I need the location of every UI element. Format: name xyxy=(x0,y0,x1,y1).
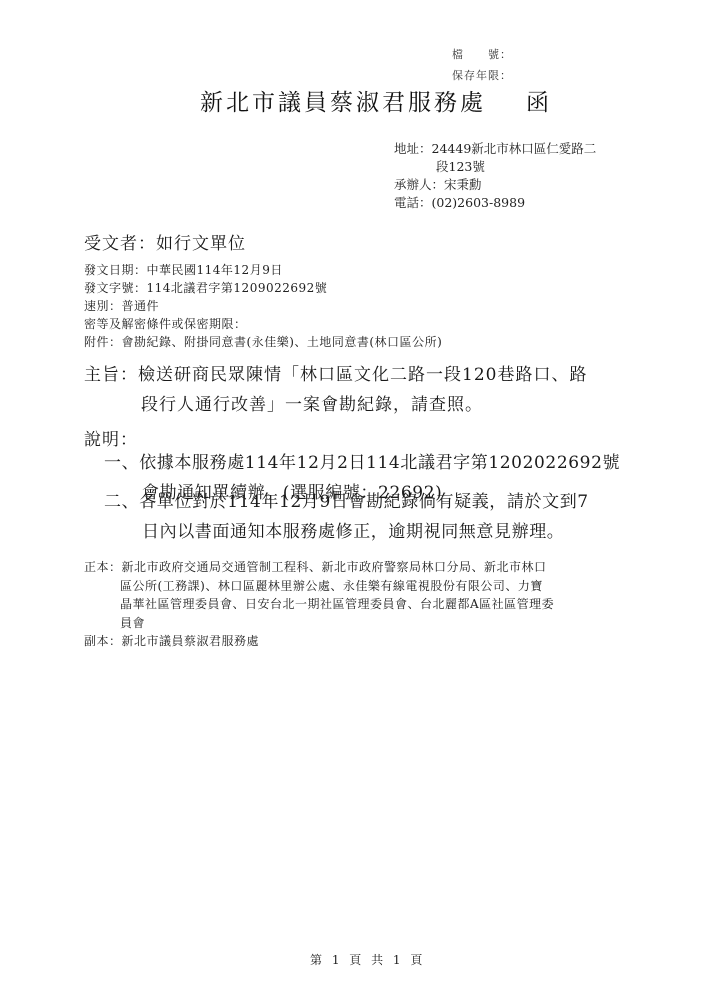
handler-row: 承辦人：宋秉勳 xyxy=(394,176,596,194)
phone-value: (02)2603-8989 xyxy=(432,195,526,210)
phone-row: 電話：(02)2603-8989 xyxy=(394,194,596,212)
explanation-label: 說明： xyxy=(84,425,138,450)
handler-label: 承辦人： xyxy=(394,177,444,192)
explanation-item-2: 二、 各單位對於114年12月9日會勘紀錄倘有疑義，請於文到7 日內以書面通知本… xyxy=(104,487,589,547)
secrecy-label: 密等及解密條件或保密期限： xyxy=(84,317,247,331)
speed-value: 普通件 xyxy=(122,299,160,313)
document-title: 新北市議員蔡淑君服務處函 xyxy=(200,84,552,117)
recipient: 受文者：如行文單位 xyxy=(84,229,246,254)
reference-label: 發文字號： xyxy=(84,281,147,295)
issue-date-label: 發文日期： xyxy=(84,263,147,277)
secrecy-row: 密等及解密條件或保密期限： xyxy=(84,315,442,333)
item-line-1: 依據本服務處114年12月2日114北議君字第1202022692號 xyxy=(139,448,620,478)
copy-recipients: 副本：新北市議員蔡淑君服務處 xyxy=(84,632,259,651)
recipient-value: 如行文單位 xyxy=(156,234,246,254)
attachment-row: 附件：會勘紀錄、附掛同意書(永佳樂)、土地同意書(林口區公所) xyxy=(84,333,442,351)
subject-line-2: 段行人通行改善」一案會勘紀錄，請查照。 xyxy=(84,390,587,420)
subject-line-1: 檢送研商民眾陳情「林口區文化二路一段120巷路口、路 xyxy=(138,360,587,390)
attachment-label: 附件： xyxy=(84,335,122,349)
file-number-label: 檔 號： xyxy=(452,46,512,62)
item-line-2: 日內以書面通知本服務處修正，逾期視同無意見辦理。 xyxy=(104,517,589,547)
item-number: 二、 xyxy=(104,487,139,517)
subject: 主旨： 檢送研商民眾陳情「林口區文化二路一段120巷路口、路 段行人通行改善」一… xyxy=(84,360,587,420)
contact-block: 地址：24449新北市林口區仁愛路二 段123號 承辦人：宋秉勳 電話：(02)… xyxy=(394,140,596,212)
original-line: 員會 xyxy=(84,614,554,633)
original-line: 區公所(工務課)、林口區麗林里辦公處、永佳樂有線電視股份有限公司、力寶 xyxy=(84,577,554,596)
speed-label: 速別： xyxy=(84,299,122,313)
copy-label: 副本： xyxy=(84,634,122,648)
office-name: 新北市議員蔡淑君服務處 xyxy=(200,90,486,116)
address-label: 地址： xyxy=(394,141,432,156)
original-label: 正本： xyxy=(84,558,122,577)
address-row-2: 段123號 xyxy=(394,158,596,176)
doc-type: 函 xyxy=(526,90,552,116)
item-line-1: 各單位對於114年12月9日會勘紀錄倘有疑義，請於文到7 xyxy=(139,487,589,517)
attachment-value: 會勘紀錄、附掛同意書(永佳樂)、土地同意書(林口區公所) xyxy=(122,335,443,349)
handler-value: 宋秉勳 xyxy=(444,177,482,192)
speed-row: 速別：普通件 xyxy=(84,297,442,315)
issue-date-value: 中華民國114年12月9日 xyxy=(147,263,283,277)
subject-label: 主旨： xyxy=(84,360,138,390)
issue-details: 發文日期：中華民國114年12月9日 發文字號：114北議君字第12090226… xyxy=(84,261,442,351)
issue-date-row: 發文日期：中華民國114年12月9日 xyxy=(84,261,442,279)
reference-row: 發文字號：114北議君字第1209022692號 xyxy=(84,279,442,297)
address-row: 地址：24449新北市林口區仁愛路二 xyxy=(394,140,596,158)
recipient-label: 受文者： xyxy=(84,234,156,254)
item-number: 一、 xyxy=(104,448,139,478)
page-number: 第 1 頁 共 1 頁 xyxy=(310,951,425,968)
original-line: 晶華社區管理委員會、日安台北一期社區管理委員會、台北麗都A區社區管理委 xyxy=(84,595,554,614)
phone-label: 電話： xyxy=(394,195,432,210)
retention-period-label: 保存年限： xyxy=(452,67,512,83)
address-value: 24449新北市林口區仁愛路二 xyxy=(432,141,597,156)
original-line: 新北市政府交通局交通管制工程科、新北市政府警察局林口分局、新北市林口 xyxy=(122,558,547,577)
copy-value: 新北市議員蔡淑君服務處 xyxy=(122,634,260,648)
original-recipients: 正本： 新北市政府交通局交通管制工程科、新北市政府警察局林口分局、新北市林口 區… xyxy=(84,558,554,632)
reference-value: 114北議君字第1209022692號 xyxy=(147,281,328,295)
